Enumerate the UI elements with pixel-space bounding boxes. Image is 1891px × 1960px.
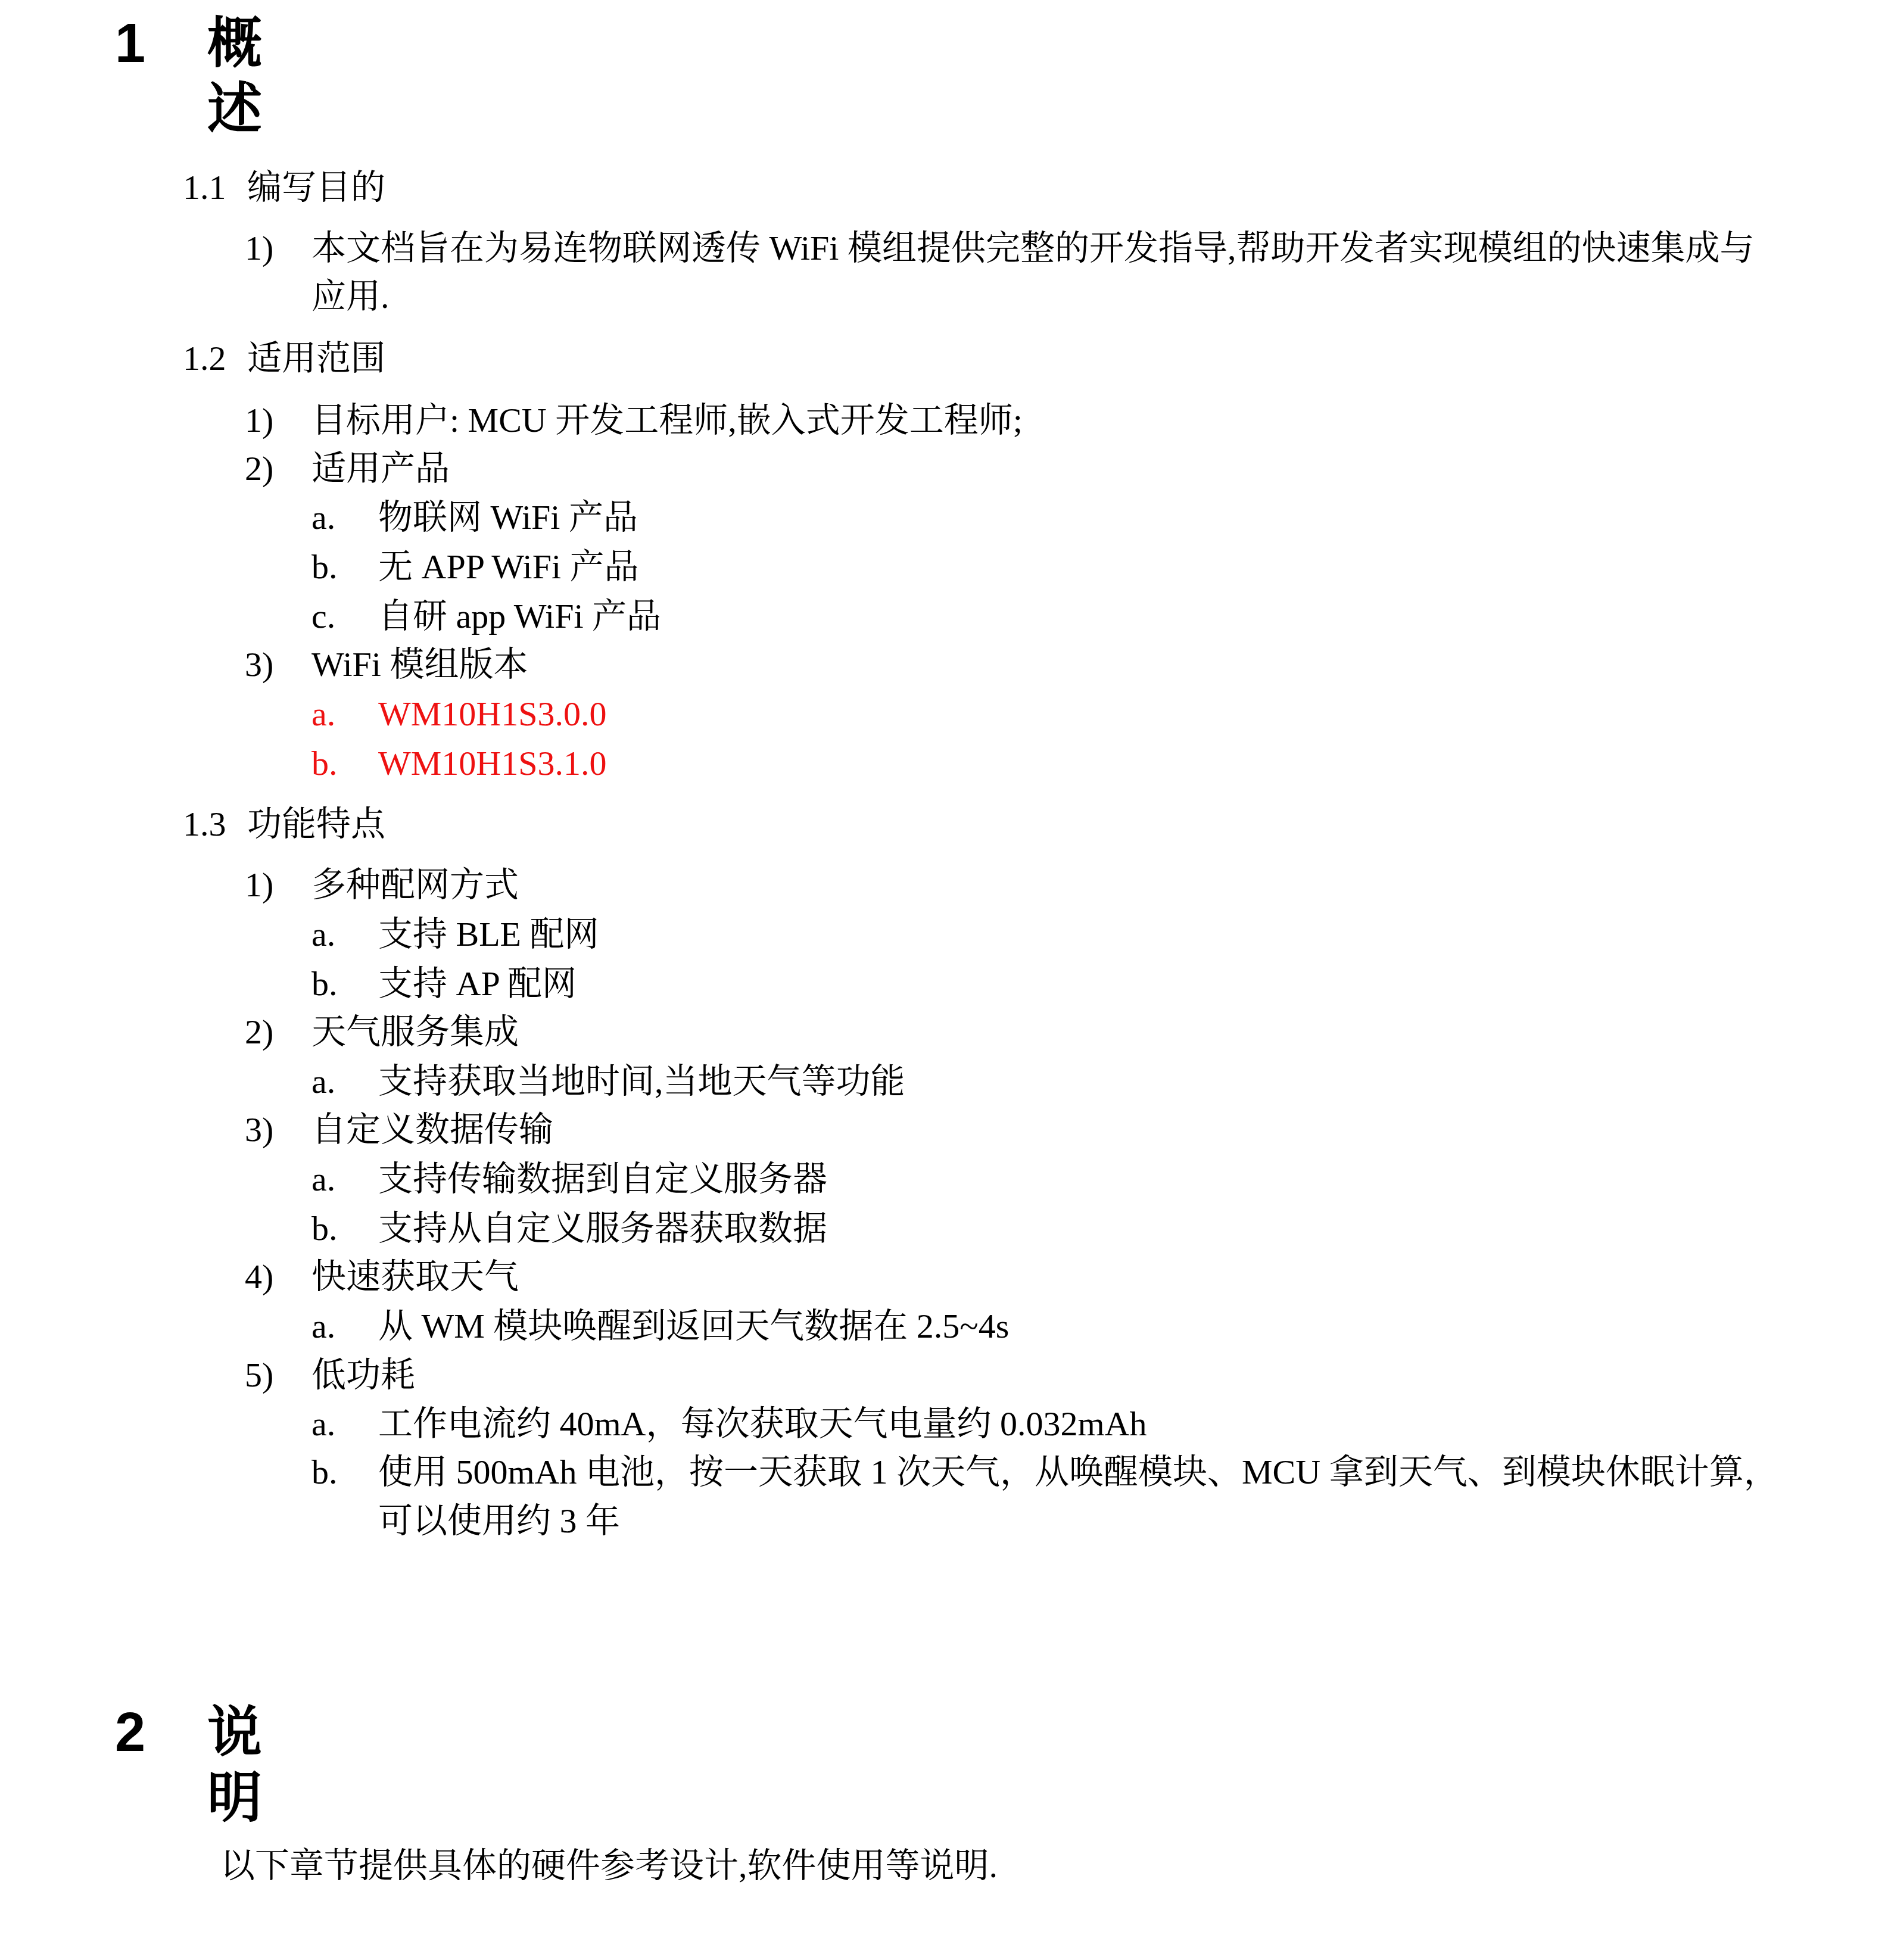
list-marker: 1) xyxy=(245,224,273,273)
list-text: 物联网 WiFi 产品 xyxy=(378,493,638,542)
paragraph-text: 以下章节提供具体的硬件参考设计,软件使用等说明. xyxy=(220,1846,998,1885)
list-marker: 2) xyxy=(245,444,273,493)
list-text: 从 WM 模块唤醒到返回天气数据在 2.5~4s xyxy=(378,1302,1009,1351)
list-marker: 2) xyxy=(245,1008,273,1057)
list-text: 天气服务集成 xyxy=(311,1008,519,1057)
list-text: 支持 AP 配网 xyxy=(378,959,577,1008)
sub-list-item-continuation: 可以使用约 3 年 xyxy=(378,1497,620,1545)
list-marker: 3) xyxy=(245,1105,273,1154)
list-marker: b. xyxy=(311,739,338,788)
list-text: 目标用户: MCU 开发工程师,嵌入式开发工程师; xyxy=(311,396,1023,445)
list-marker: b. xyxy=(311,1448,338,1497)
list-text: WM10H1S3.0.0 xyxy=(378,690,606,738)
heading-title: 功能特点 xyxy=(247,800,385,849)
list-text: 多种配网方式 xyxy=(311,861,519,909)
list-marker: a. xyxy=(311,1400,335,1448)
heading-title: 概述 xyxy=(207,11,262,142)
list-marker: a. xyxy=(311,910,335,959)
list-text: 支持获取当地时间,当地天气等功能 xyxy=(378,1057,905,1106)
list-text: 适用产品 xyxy=(311,444,450,493)
list-text: 工作电流约 40mA，每次获取天气电量约 0.032mAh xyxy=(378,1400,1147,1448)
body-paragraph: 以下章节提供具体的硬件参考设计,软件使用等说明. xyxy=(220,1841,998,1890)
list-marker: b. xyxy=(311,543,338,591)
list-marker: b. xyxy=(311,1204,338,1253)
list-text: 本文档旨在为易连物联网透传 WiFi 模组提供完整的开发指导,帮助开发者实现模组… xyxy=(311,224,1754,273)
list-text: 使用 500mAh 电池，按一天获取 1 次天气，从唤醒模块、MCU 拿到天气、… xyxy=(378,1448,1778,1497)
list-marker: a. xyxy=(311,1302,335,1351)
list-text: 无 APP WiFi 产品 xyxy=(378,543,639,591)
list-item-continuation: 应用. xyxy=(311,272,390,321)
list-marker: b. xyxy=(311,959,338,1008)
list-marker: a. xyxy=(311,493,335,542)
list-marker: 5) xyxy=(245,1351,273,1400)
heading-number: 1.2 xyxy=(183,334,226,383)
list-text: 自研 app WiFi 产品 xyxy=(378,592,661,641)
heading-number: 1.3 xyxy=(183,800,226,849)
heading-title: 适用范围 xyxy=(247,334,385,383)
heading-number: 2 xyxy=(115,1700,145,1765)
list-text: 低功耗 xyxy=(311,1351,415,1400)
list-text: WiFi 模组版本 xyxy=(311,640,528,689)
heading-title: 编写目的 xyxy=(247,163,385,212)
list-marker: a. xyxy=(311,1057,335,1106)
list-marker: 3) xyxy=(245,640,273,689)
list-text: 支持 BLE 配网 xyxy=(378,910,599,959)
heading-number: 1 xyxy=(115,11,145,76)
list-marker: 1) xyxy=(245,861,273,909)
list-text: 自定义数据传输 xyxy=(311,1105,553,1154)
list-marker: 4) xyxy=(245,1252,273,1301)
list-text: WM10H1S3.1.0 xyxy=(378,739,606,788)
list-text: 支持传输数据到自定义服务器 xyxy=(378,1155,827,1204)
list-text: 快速获取天气 xyxy=(311,1252,519,1301)
list-text: 支持从自定义服务器获取数据 xyxy=(378,1204,827,1253)
list-marker: c. xyxy=(311,592,335,641)
list-marker: 1) xyxy=(245,396,273,445)
list-text: 应用. xyxy=(311,277,390,316)
list-text: 可以使用约 3 年 xyxy=(378,1501,620,1540)
heading-number: 1.1 xyxy=(183,163,226,212)
heading-title: 说明 xyxy=(207,1700,262,1831)
list-marker: a. xyxy=(311,1155,335,1204)
list-marker: a. xyxy=(311,690,335,738)
sub-list-item-deleted: a. WM10H1S3.0.0 xyxy=(311,690,606,738)
